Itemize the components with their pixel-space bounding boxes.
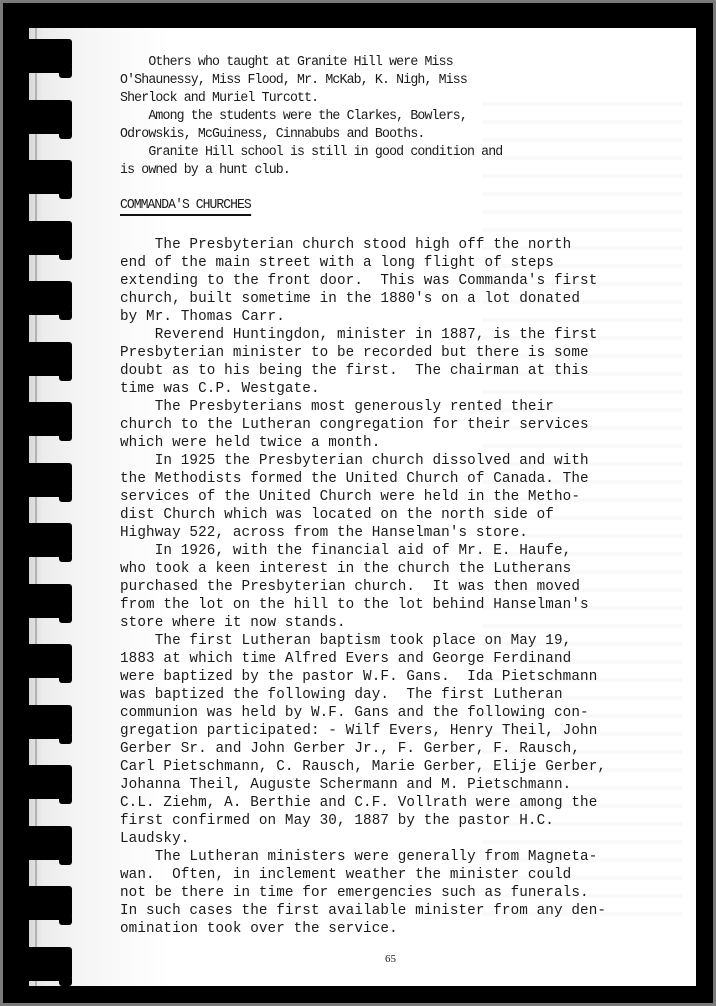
text-line: Others who taught at Granite Hill were M…: [120, 53, 641, 71]
spiral-binding: [29, 28, 99, 986]
text-line: the Methodists formed the United Church …: [120, 470, 680, 488]
text-line: wan. Often, in inclement weather the min…: [120, 866, 680, 884]
text-line: Sherlock and Muriel Turcott.: [120, 89, 641, 107]
binding-ring: [29, 644, 72, 678]
text-line: In 1926, with the financial aid of Mr. E…: [120, 542, 680, 560]
text-line: which were held twice a month.: [120, 434, 680, 452]
binding-ring: [29, 584, 72, 618]
text-line: store where it now stands.: [120, 614, 680, 632]
binding-ring: [29, 523, 72, 557]
section-heading: COMMANDA'S CHURCHES: [120, 197, 251, 216]
page-text: Others who taught at Granite Hill were M…: [120, 53, 680, 938]
text-line: not be there in time for emergencies suc…: [120, 884, 680, 902]
text-line: first confirmed on May 30, 1887 by the p…: [120, 812, 680, 830]
binding-ring: [29, 342, 72, 376]
text-line: dist Church which was located on the nor…: [120, 506, 680, 524]
scan-frame: Others who taught at Granite Hill were M…: [3, 3, 713, 1003]
text-line: Granite Hill school is still in good con…: [120, 143, 641, 161]
text-line: time was C.P. Westgate.: [120, 380, 680, 398]
text-line: church to the Lutheran congregation for …: [120, 416, 680, 434]
granite-hill-paragraphs: Others who taught at Granite Hill were M…: [120, 53, 641, 179]
text-line: were baptized by the pastor W.F. Gans. I…: [120, 668, 680, 686]
text-line: The first Lutheran baptism took place on…: [120, 632, 680, 650]
text-line: gregation participated: - Wilf Evers, He…: [120, 722, 680, 740]
text-line: by Mr. Thomas Carr.: [120, 308, 680, 326]
binding-ring: [29, 402, 72, 436]
text-line: purchased the Presbyterian church. It wa…: [120, 578, 680, 596]
document-page: Others who taught at Granite Hill were M…: [29, 28, 696, 986]
text-line: from the lot on the hill to the lot behi…: [120, 596, 680, 614]
binding-ring: [29, 826, 72, 860]
text-line: Laudsky.: [120, 830, 680, 848]
text-line: Odrowskis, McGuiness, Cinnabubs and Boot…: [120, 125, 641, 143]
text-line: Carl Pietschmann, C. Rausch, Marie Gerbe…: [120, 758, 680, 776]
text-line: Reverend Huntingdon, minister in 1887, i…: [120, 326, 680, 344]
binding-ring: [29, 886, 72, 920]
text-line: Johanna Theil, Auguste Schermann and M. …: [120, 776, 680, 794]
text-line: Presbyterian minister to be recorded but…: [120, 344, 680, 362]
text-line: Among the students were the Clarkes, Bow…: [120, 107, 641, 125]
text-line: O'Shaunessy, Miss Flood, Mr. McKab, K. N…: [120, 71, 641, 89]
text-line: 1883 at which time Alfred Evers and Geor…: [120, 650, 680, 668]
text-line: The Presbyterians most generously rented…: [120, 398, 680, 416]
binding-ring: [29, 100, 72, 134]
text-line: The Presbyterian church stood high off t…: [120, 236, 680, 254]
text-line: services of the United Church were held …: [120, 488, 680, 506]
text-line: doubt as to his being the first. The cha…: [120, 362, 680, 380]
churches-body: The Presbyterian church stood high off t…: [120, 236, 680, 938]
text-line: who took a keen interest in the church t…: [120, 560, 680, 578]
text-line: C.L. Ziehm, A. Berthie and C.F. Vollrath…: [120, 794, 680, 812]
text-line: The Lutheran ministers were generally fr…: [120, 848, 680, 866]
binding-ring: [29, 281, 72, 315]
text-line: In such cases the first available minist…: [120, 902, 680, 920]
text-line: end of the main street with a long fligh…: [120, 254, 680, 272]
binding-ring: [29, 39, 72, 73]
text-line: was baptized the following day. The firs…: [120, 686, 680, 704]
binding-ring: [29, 765, 72, 799]
text-line: extending to the front door. This was Co…: [120, 272, 680, 290]
text-line: communion was held by W.F. Gans and the …: [120, 704, 680, 722]
binding-ring: [29, 947, 72, 981]
binding-ring: [29, 463, 72, 497]
text-line: is owned by a hunt club.: [120, 161, 641, 179]
binding-ring: [29, 160, 72, 194]
text-line: Gerber Sr. and John Gerber Jr., F. Gerbe…: [120, 740, 680, 758]
text-line: Highway 522, across from the Hanselman's…: [120, 524, 680, 542]
page-number: 65: [385, 953, 396, 965]
binding-ring: [29, 221, 72, 255]
text-line: In 1925 the Presbyterian church dissolve…: [120, 452, 680, 470]
text-line: church, built sometime in the 1880's on …: [120, 290, 680, 308]
binding-ring: [29, 705, 72, 739]
text-line: omination took over the service.: [120, 920, 680, 938]
